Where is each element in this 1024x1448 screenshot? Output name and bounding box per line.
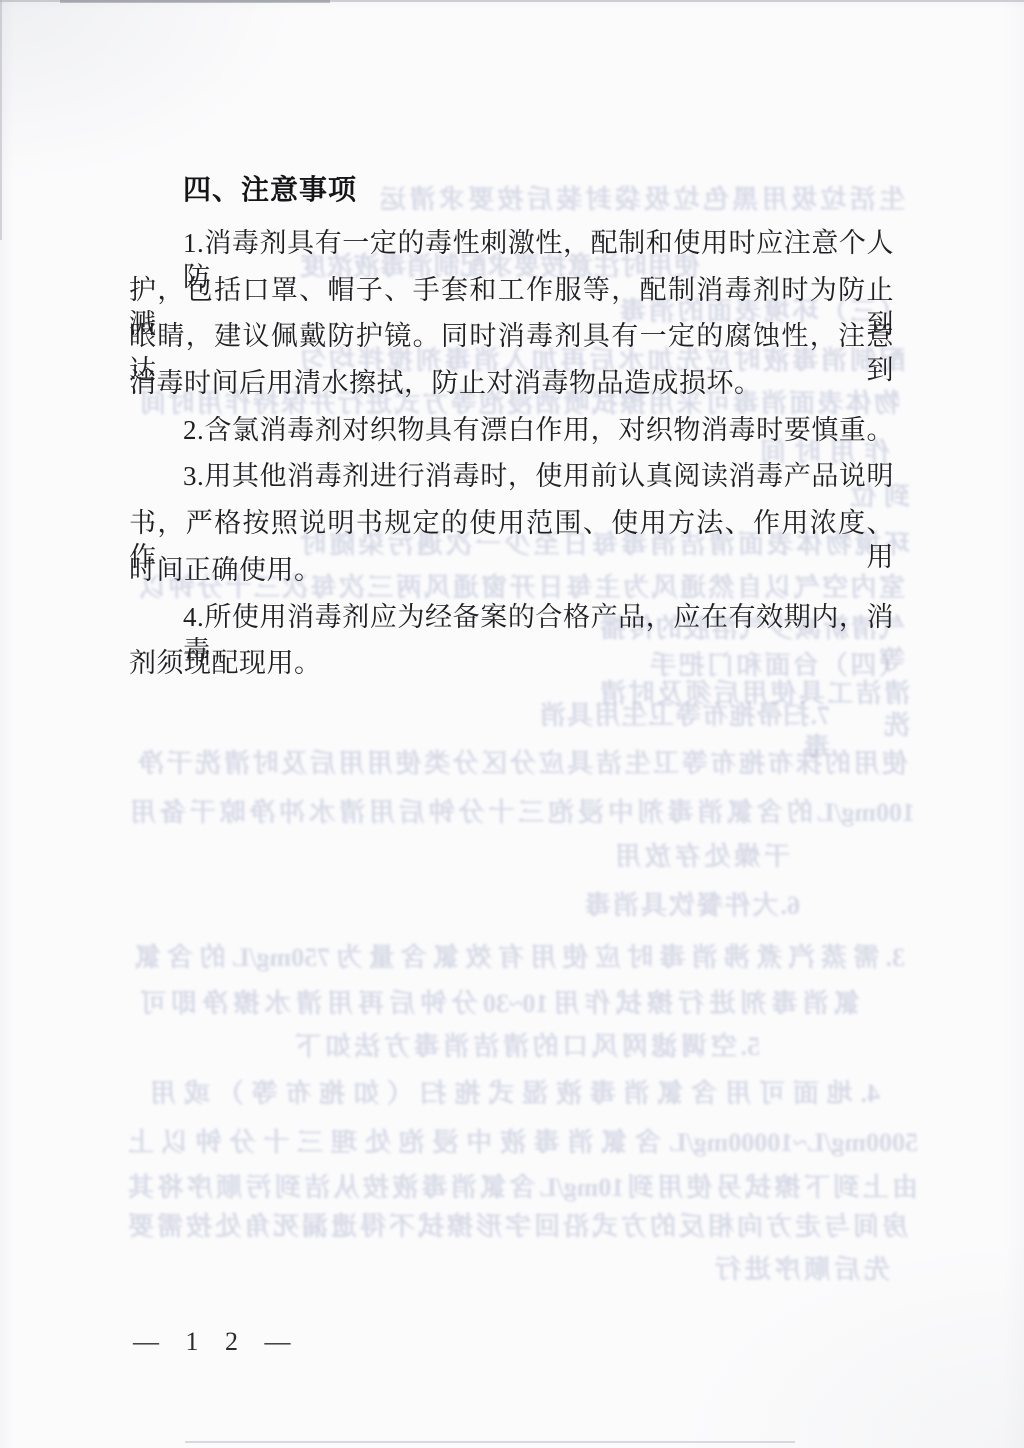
text-line: 2.含氯消毒剂对织物具有漂白作用，对织物消毒时要慎重。: [129, 413, 894, 447]
text-line: 时间正确使用。: [129, 553, 322, 587]
text-line: 剂须现配现用。: [129, 646, 322, 680]
text-layer: 四、注意事项1.消毒剂具有一定的毒性刺激性，配制和使用时应注意个人防护，包括口罩…: [0, 0, 1024, 1448]
page-number: — 1 2 —: [133, 1327, 301, 1357]
section-heading: 四、注意事项: [183, 173, 357, 207]
scanned-document-page: 生活垃圾用黑色垃圾袋封装后按要求清运使用时注意按要求配制消毒液浓度（三）环境表面…: [0, 0, 1024, 1448]
text-line: 3.用其他消毒剂进行消毒时，使用前认真阅读消毒产品说明: [129, 459, 894, 493]
text-line: 消毒时间后用清水擦拭，防止对消毒物品造成损坏。: [129, 366, 762, 400]
